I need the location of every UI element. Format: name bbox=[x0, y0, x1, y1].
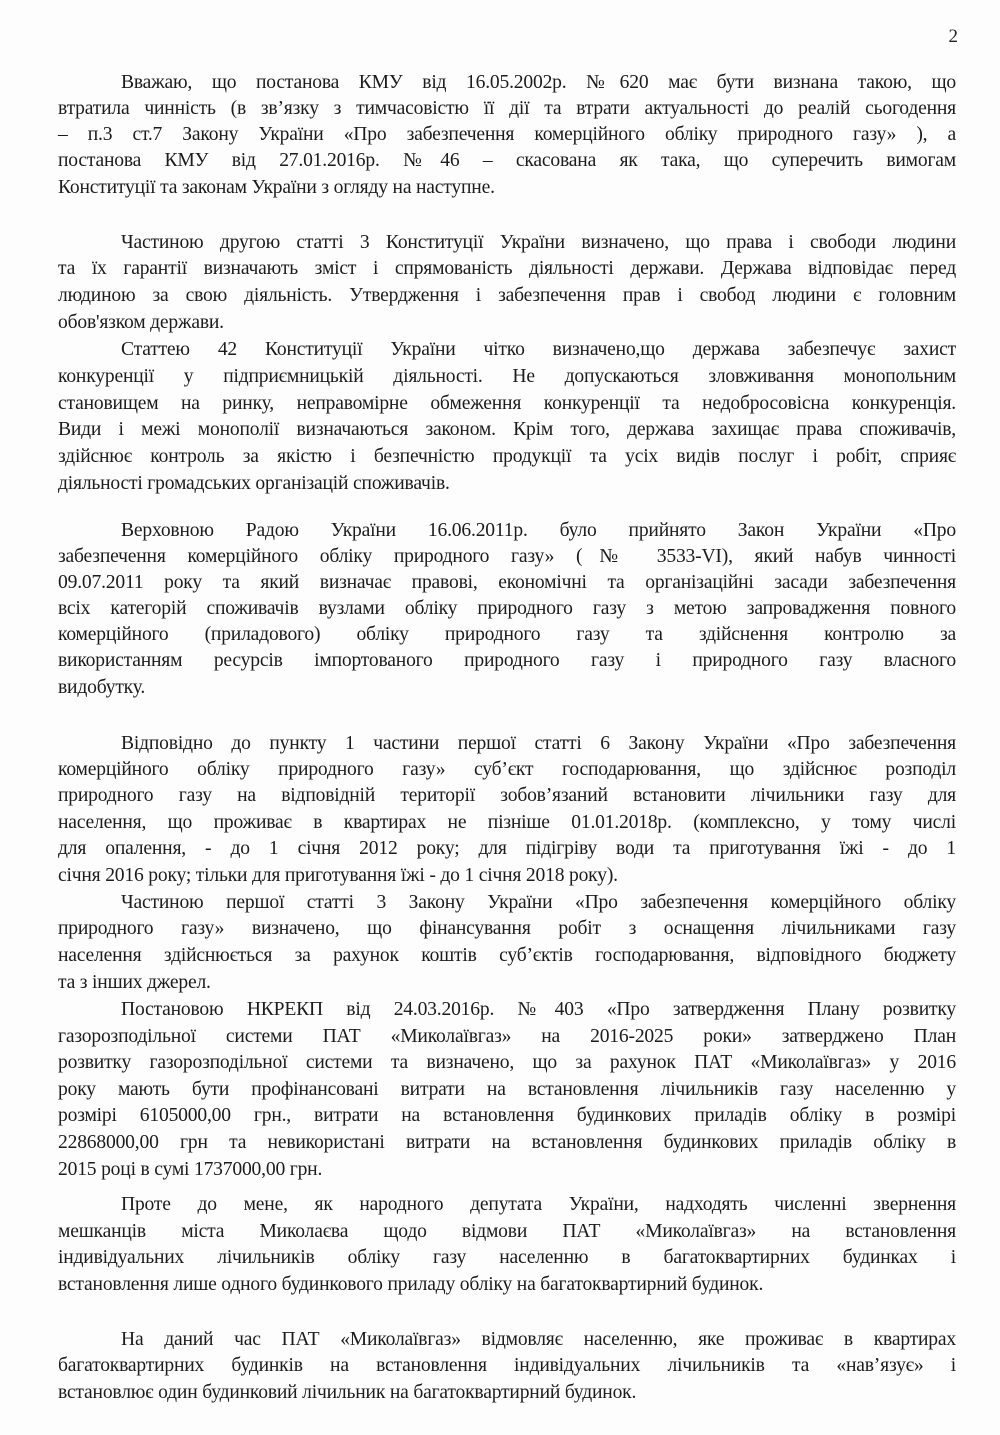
text-line: розмірі 6105000,00 грн., витрати на вста… bbox=[58, 1103, 956, 1129]
text-line: становищем на ринку, неправомірне обмеже… bbox=[58, 391, 956, 417]
text-line: та з інших джерел. bbox=[58, 970, 956, 996]
text-line: індивідуальних лічильників обліку газу н… bbox=[58, 1245, 956, 1271]
text-line: природного газу на відповідній території… bbox=[58, 783, 956, 809]
text-line: всіх категорій споживачів вузлами обліку… bbox=[58, 596, 956, 622]
text-line: для опалення, - до 1 січня 2012 року; дл… bbox=[58, 836, 956, 862]
text-line: комерційного (приладового) обліку природ… bbox=[58, 622, 956, 648]
text-line: втратила чинність (в зв’язку з тимчасові… bbox=[58, 96, 956, 122]
text-line: здійснює контроль за якістю і безпечніст… bbox=[58, 444, 956, 470]
text-line: 2015 році в сумі 1737000,00 грн. bbox=[58, 1157, 956, 1183]
text-line: видобутку. bbox=[58, 675, 956, 701]
text-line: забезпечення комерційного обліку природн… bbox=[58, 544, 956, 570]
text-line: багатоквартирних будинків на встановленн… bbox=[58, 1353, 956, 1379]
text-line: розвитку газорозподільної системи та виз… bbox=[58, 1050, 956, 1076]
text-line: Види і межі монополії визначаються закон… bbox=[58, 417, 956, 443]
text-line: Постановою НКРЕКП від 24.03.2016р. №403 … bbox=[121, 997, 956, 1023]
text-line: діяльності громадських організацій спожи… bbox=[58, 471, 956, 497]
text-line: населення, що проживає в квартирах не пі… bbox=[58, 810, 956, 836]
text-line: обов'язком держави. bbox=[58, 310, 956, 336]
text-line: На даний час ПАТ «Миколаївгаз» відмовляє… bbox=[121, 1327, 956, 1353]
text-line: Конституції та законам України з огляду … bbox=[58, 175, 956, 201]
text-line: Частиною першої статті 3 Закону України … bbox=[121, 890, 956, 916]
text-line: року мають бути профінансовані витрати н… bbox=[58, 1077, 956, 1103]
text-line: Верховною Радою України 16.06.2011р. бул… bbox=[121, 518, 956, 544]
text-line: січня 2016 року; тільки для приготування… bbox=[58, 863, 956, 889]
text-line: населення здійснюється за рахунок коштів… bbox=[58, 943, 956, 969]
document-page: 2 Вважаю, що постанова КМУ від 16.05.200… bbox=[0, 0, 1000, 1435]
text-line: 22868000,00 грн та невикористані витрати… bbox=[58, 1130, 956, 1156]
text-line: газорозподільної системи ПАТ «Миколаївга… bbox=[58, 1024, 956, 1050]
text-line: мешканців міста Миколаєва щодо відмови П… bbox=[58, 1219, 956, 1245]
text-line: встановлення лише одного будинкового при… bbox=[58, 1272, 956, 1298]
page-number: 2 bbox=[949, 26, 959, 48]
text-line: природного газу» визначено, що фінансува… bbox=[58, 916, 956, 942]
text-line: встановлює один будинковий лічильник на … bbox=[58, 1380, 956, 1406]
text-line: Проте до мене, як народного депутата Укр… bbox=[121, 1192, 956, 1218]
text-line: постанова КМУ від 27.01.2016р. №46 – ска… bbox=[58, 148, 956, 174]
text-line: використанням ресурсів імпортованого при… bbox=[58, 648, 956, 674]
text-line: Статтею 42 Конституції України чітко виз… bbox=[121, 337, 956, 363]
text-line: комерційного обліку природного газу» суб… bbox=[58, 757, 956, 783]
text-line: конкуренції у підприємницькій діяльності… bbox=[58, 364, 956, 390]
text-line: Частиною другою статті 3 Конституції Укр… bbox=[121, 230, 956, 256]
text-line: Вважаю, що постанова КМУ від 16.05.2002р… bbox=[121, 70, 956, 96]
text-line: 09.07.2011 року та який визначає правові… bbox=[58, 570, 956, 596]
text-line: людиною за свою діяльність. Утвердження … bbox=[58, 283, 956, 309]
text-line: та їх гарантії визначають зміст і спрямо… bbox=[58, 256, 956, 282]
text-line: Відповідно до пункту 1 частини першої ст… bbox=[121, 731, 956, 757]
text-line: – п.3 ст.7 Закону України «Про забезпече… bbox=[58, 122, 956, 148]
